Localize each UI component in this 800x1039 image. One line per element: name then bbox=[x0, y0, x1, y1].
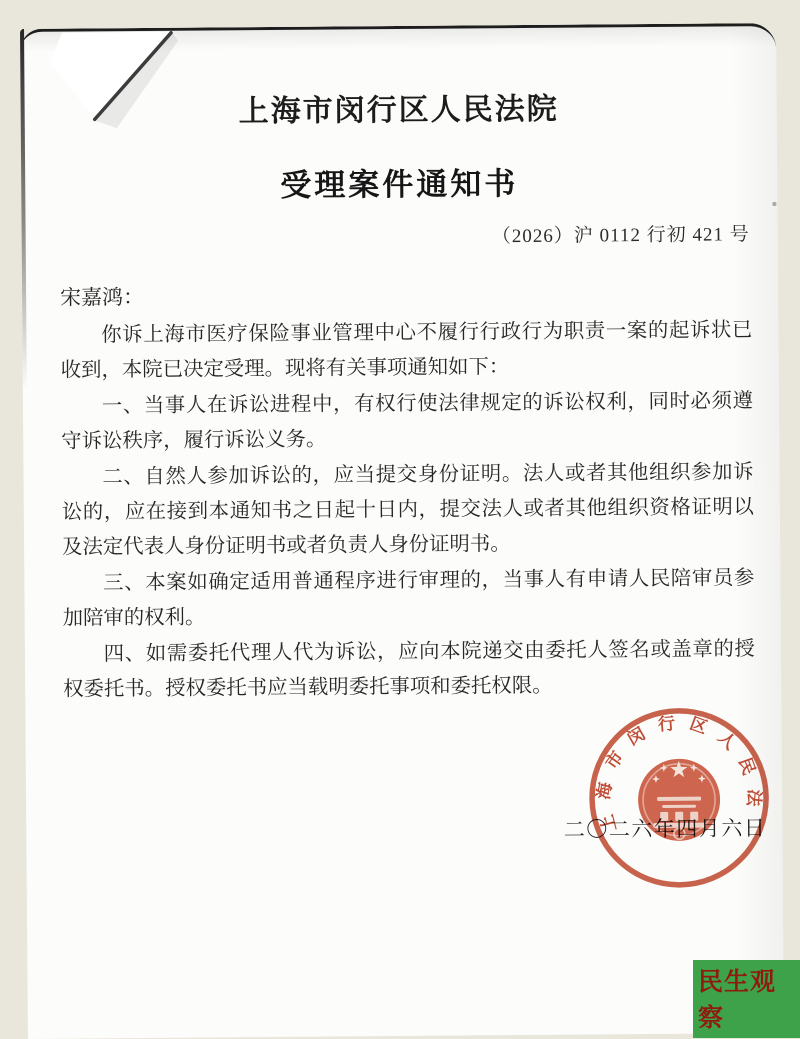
court-seal-icon: 上海市闵行区人民法院 bbox=[581, 700, 777, 896]
photo-background: 上海市闵行区人民法院 受理案件通知书 （2026）沪 0112 行初 421 号… bbox=[0, 0, 800, 1000]
national-emblem-icon bbox=[638, 758, 721, 841]
paper-speck bbox=[772, 202, 776, 206]
watermark-text: 民生观察 bbox=[698, 969, 776, 1000]
paragraph-item-1: 一、当事人在诉讼进程中，有权行使法律规定的诉讼权利，同时必须遵守诉讼秩序，履行诉… bbox=[23, 384, 780, 461]
document-page: 上海市闵行区人民法院 受理案件通知书 （2026）沪 0112 行初 421 号… bbox=[20, 23, 784, 1000]
paragraph-intro: 你诉上海市医疗保险事业管理中心不履行行政行为职责一案的起诉状已收到，本院已决定受… bbox=[22, 313, 779, 390]
addressee-name: 宋嘉鸿： bbox=[60, 276, 778, 312]
court-name: 上海市闵行区人民法院 bbox=[20, 82, 776, 132]
watermark-badge: 民生观察 bbox=[693, 960, 800, 1000]
document-body: 你诉上海市医疗保险事业管理中心不履行行政行为职责一案的起诉状已收到，本院已决定受… bbox=[22, 313, 781, 708]
paragraph-item-3: 三、本案如确定适用普通程序进行审理的，当事人有申请人民陪审员参加陪审的权利。 bbox=[24, 561, 781, 638]
document-title: 受理案件通知书 bbox=[21, 156, 777, 207]
case-number: （2026）沪 0112 行初 421 号 bbox=[22, 219, 750, 252]
paragraph-item-2: 二、自然人参加诉讼的，应当提交身份证明。法人或者其他组织参加诉讼的，应在接到本通… bbox=[23, 455, 780, 567]
paragraph-item-4: 四、如需委托代理人代为诉讼，应向本院递交由委托人签名或盖章的授权委托书。授权委托… bbox=[25, 632, 782, 709]
